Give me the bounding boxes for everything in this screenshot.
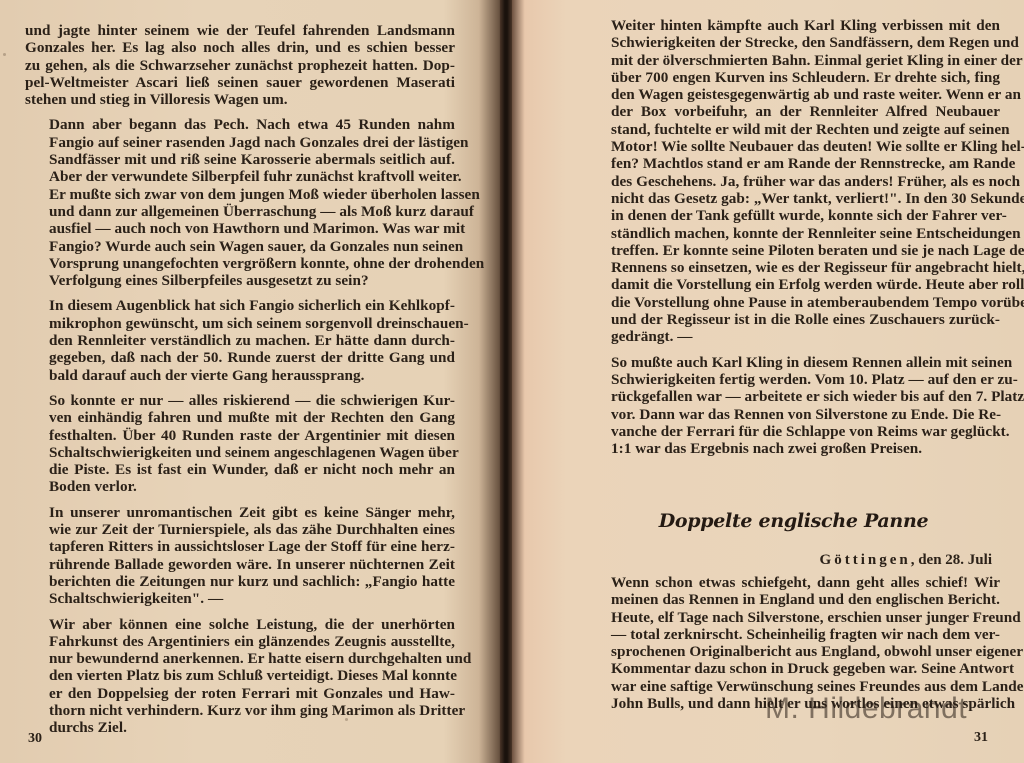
text-line: Aber der verwundete Silberpfeil fuhr zun… — [25, 168, 455, 185]
text-line: So konnte er nur — alles riskierend — di… — [25, 392, 455, 409]
text-line: gedrängt. — — [587, 328, 1000, 345]
text-line: gegeben, daß nach der 50. Runde zuerst d… — [25, 349, 455, 366]
text-line: und jagte hinter seinem wie der Teufel f… — [25, 22, 455, 39]
text-line: wie zur Zeit der Turnierspiele, als das … — [25, 521, 455, 538]
text-line: war eine saftige Verwünschung seines Fre… — [587, 678, 1000, 695]
dateline-date: , den 28. Juli — [911, 552, 992, 568]
text-line: und dann zur allgemeinen Überraschung — … — [25, 203, 455, 220]
text-line: pel-Weltmeister Ascari ließ seinen sauer… — [25, 74, 455, 91]
text-line: Heute, elf Tage nach Silverstone, erschi… — [587, 609, 1000, 626]
text-line: thorn nicht verhindern. Kurz vor ihm gin… — [25, 702, 455, 719]
text-line: des Geschehens. Ja, früher war das ander… — [587, 173, 1000, 190]
section-heading: Doppelte englische Panne — [587, 510, 1000, 532]
text-line: fen? Machtlos stand er am Rande der Renn… — [587, 155, 1000, 172]
text-line: die Vorstellung ohne Pause in atemberaub… — [587, 294, 1000, 311]
text-line: in denen der Tank gefüllt wurde, konnte … — [587, 207, 1000, 224]
text-line: den vierten Platz bis zum Schluß verteid… — [25, 667, 455, 684]
text-line: rückgefallen war — arbeitete er sich wie… — [587, 388, 1000, 405]
paragraph: Wir aber können eine solche Leistung, di… — [25, 616, 455, 737]
text-line: So mußte auch Karl Kling in diesem Renne… — [587, 354, 1000, 371]
paragraph: In diesem Augenblick hat sich Fangio sic… — [25, 297, 455, 383]
paper-spot — [3, 53, 6, 56]
dateline-place: Göttingen — [820, 552, 911, 568]
text-line: Fangio auf seiner rasenden Jagd nach Gon… — [25, 134, 455, 151]
text-line: die Piste. Es ist fast ein Wunder, daß e… — [25, 461, 455, 478]
left-page-body: und jagte hinter seinem wie der Teufel f… — [25, 22, 455, 737]
text-line: stand, fuchtelte er wild mit der Rechten… — [587, 121, 1000, 138]
text-line: festhalten. Über 40 Runden raste der Arg… — [25, 427, 455, 444]
text-line: Er mußte sich zwar von dem jungen Moß wi… — [25, 186, 455, 203]
right-page: Weiter hinten kämpfte auch Karl Kling ve… — [504, 0, 1024, 763]
paragraph: Weiter hinten kämpfte auch Karl Kling ve… — [587, 17, 1000, 346]
text-line: stehen und stieg in Villoresis Wagen um. — [25, 91, 455, 108]
right-page-body: Weiter hinten kämpfte auch Karl Kling ve… — [587, 17, 1000, 457]
paragraph: Dann aber begann das Pech. Nach etwa 45 … — [25, 116, 455, 289]
text-line: und der Regisseur ist in die Rolle eines… — [587, 311, 1000, 328]
text-line: vor. Dann war das Rennen von Silverstone… — [587, 406, 1000, 423]
text-line: ständlich machen, konnte der Rennleiter … — [587, 225, 1000, 242]
text-line: ven einhändig fahren und mußte mit der R… — [25, 409, 455, 426]
text-line: bald darauf auch der vierte Gang herauss… — [25, 367, 455, 384]
paragraph: Wenn schon etwas schiefgeht, dann geht a… — [587, 574, 1000, 712]
text-line: damit die Vorstellung ein Erfolg werden … — [587, 276, 1000, 293]
text-line: Wir aber können eine solche Leistung, di… — [25, 616, 455, 633]
text-line: Vorsprung unangefochten vergrößern konnt… — [25, 255, 455, 272]
text-line: sprochenen Originalbericht aus England, … — [587, 643, 1000, 660]
text-line: Dann aber begann das Pech. Nach etwa 45 … — [25, 116, 455, 133]
text-line: mit der ölverschmierten Bahn. Einmal ger… — [587, 52, 1000, 69]
text-line: den Rennleiter verständlich zu machen. E… — [25, 332, 455, 349]
text-line: meinen das Rennen in England und den eng… — [587, 591, 1000, 608]
text-line: Wenn schon etwas schiefgeht, dann geht a… — [587, 574, 1000, 591]
text-line: Sandfässer mit und riß seine Karosserie … — [25, 151, 455, 168]
text-line: berichten die Zeitungen nur kurz und sac… — [25, 573, 455, 590]
text-line: nicht das Gesetz gab: „Wer tankt, verlie… — [587, 190, 1000, 207]
text-line: Kommentar dazu schon in Druck gegeben wa… — [587, 660, 1000, 677]
text-line: Fahrkunst des Argentiniers ein glänzende… — [25, 633, 455, 650]
text-line: 1:1 war das Ergebnis nach zwei großen Pr… — [587, 440, 1000, 457]
text-line: nur bewundernd anerkennen. Er hatte eise… — [25, 650, 455, 667]
text-line: Boden verlor. — [25, 478, 455, 495]
text-line: — total zerknirscht. Scheinheilig fragte… — [587, 626, 1000, 643]
text-line: er den Doppelsieg der roten Ferrari mit … — [25, 685, 455, 702]
book-gutter — [500, 0, 512, 763]
section-body: Wenn schon etwas schiefgeht, dann geht a… — [587, 574, 1000, 712]
text-line: vanche der Ferrari für die Schlappe von … — [587, 423, 1000, 440]
text-line: Schaltschwierigkeiten". — — [25, 590, 455, 607]
text-line: Verfolgung eines Silberpfeiles ausgesetz… — [25, 272, 455, 289]
text-line: der Box vorbeifuhr, an der Rennleiter Al… — [587, 103, 1000, 120]
text-line: Schwierigkeiten fertig werden. Vom 10. P… — [587, 371, 1000, 388]
text-line: durchs Ziel. — [25, 719, 455, 736]
text-line: rührende Ballade geworden wäre. In unser… — [25, 556, 455, 573]
text-line: mikrophon gewünscht, um sich seinem sorg… — [25, 315, 455, 332]
text-line: Motor! Wie sollte Neubauer das deuten! W… — [587, 138, 1000, 155]
paper-spot — [345, 718, 348, 721]
text-line: den Wagen geistesgegenwärtig ab und rast… — [587, 86, 1000, 103]
page-number-left: 30 — [28, 731, 42, 747]
left-page: und jagte hinter seinem wie der Teufel f… — [0, 0, 504, 763]
text-line: Weiter hinten kämpfte auch Karl Kling ve… — [587, 17, 1000, 34]
dateline: Göttingen, den 28. Juli — [587, 552, 992, 569]
text-line: über 700 engen Kurven ins Schleudern. Er… — [587, 69, 1000, 86]
paragraph: In unserer unromantischen Zeit gibt es k… — [25, 504, 455, 608]
paragraph: So konnte er nur — alles riskierend — di… — [25, 392, 455, 496]
paragraph: So mußte auch Karl Kling in diesem Renne… — [587, 354, 1000, 458]
text-line: treffen. Er konnte seine Piloten beraten… — [587, 242, 1000, 259]
text-line: John Bulls, und dann hielt er uns wortlo… — [587, 695, 1000, 712]
text-line: Gonzales her. Es lag also noch alles dri… — [25, 39, 455, 56]
text-line: Schwierigkeiten der Strecke, den Sandfäs… — [587, 34, 1000, 51]
book-spread: und jagte hinter seinem wie der Teufel f… — [0, 0, 1024, 763]
text-line: Fangio? Wurde auch sein Wagen sauer, da … — [25, 238, 455, 255]
page-number-right: 31 — [974, 730, 988, 746]
text-line: ausfiel — auch noch von Hawthorn und Mar… — [25, 220, 455, 237]
paragraph: und jagte hinter seinem wie der Teufel f… — [25, 22, 455, 108]
text-line: tapferen Ritters in aussichtsloser Lage … — [25, 538, 455, 555]
text-line: Rennens so einsetzen, wie es der Regisse… — [587, 259, 1000, 276]
text-line: zu gehen, als die Schwarzseher zunächst … — [25, 57, 455, 74]
text-line: In unserer unromantischen Zeit gibt es k… — [25, 504, 455, 521]
text-line: In diesem Augenblick hat sich Fangio sic… — [25, 297, 455, 314]
text-line: Schaltschwierigkeiten und seinem angesch… — [25, 444, 455, 461]
